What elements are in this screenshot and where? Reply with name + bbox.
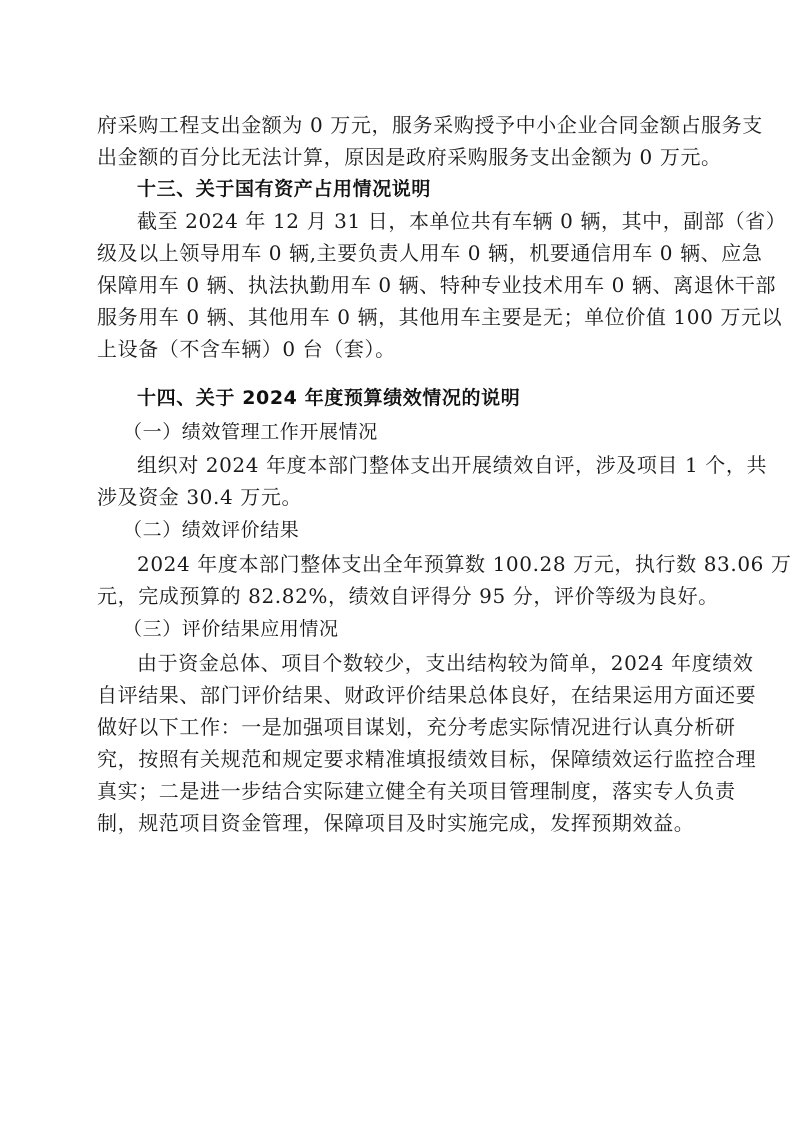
body-text-line: 涉及资金 30.4 万元。 xyxy=(97,485,698,509)
body-text-line: 做好以下工作：一是加强项目谋划，充分考虑实际情况进行认真分析研 xyxy=(97,715,698,739)
body-text-line: 府采购工程支出金额为 0 万元，服务采购授予中小企业合同金额占服务支 xyxy=(97,113,698,137)
body-text-line: 2024 年度本部门整体支出全年预算数 100.28 万元，执行数 83.06 … xyxy=(137,552,698,576)
body-text-line: 组织对 2024 年度本部门整体支出开展绩效自评，涉及项目 1 个，共 xyxy=(137,453,698,477)
body-text-line: 保障用车 0 辆、执法执勤用车 0 辆、特种专业技术用车 0 辆、离退休干部 xyxy=(97,273,698,297)
body-text-line: 真实；二是进一步结合实际建立健全有关项目管理制度，落实专人负责 xyxy=(97,779,698,803)
body-text-line: 究，按照有关规范和规定要求精准填报绩效目标，保障绩效运行监控合理 xyxy=(97,747,698,771)
subsection-heading-1: （一）绩效管理工作开展情况 xyxy=(123,420,378,444)
body-text-line: 级及以上领导用车 0 辆,主要负责人用车 0 辆，机要通信用车 0 辆、应急 xyxy=(97,241,698,265)
body-text-line: 由于资金总体、项目个数较少，支出结构较为简单，2024 年度绩效 xyxy=(137,651,698,675)
section-heading-13: 十三、关于国有资产占用情况说明 xyxy=(137,177,431,201)
body-text-line: 上设备（不含车辆）0 台（套）。 xyxy=(97,337,698,361)
body-text-line: 制，规范项目资金管理，保障项目及时实施完成，发挥预期效益。 xyxy=(97,811,698,835)
body-text-line: 服务用车 0 辆、其他用车 0 辆，其他用车主要是无；单位价值 100 万元以 xyxy=(97,305,698,329)
document-page: 府采购工程支出金额为 0 万元，服务采购授予中小企业合同金额占服务支 出金额的百… xyxy=(0,0,793,1122)
section-heading-14: 十四、关于 2024 年度预算绩效情况的说明 xyxy=(137,386,520,410)
body-text-line: 截至 2024 年 12 月 31 日，本单位共有车辆 0 辆，其中，副部（省） xyxy=(137,209,698,233)
body-text-line: 自评结果、部门评价结果、财政评价结果总体良好，在结果运用方面还要 xyxy=(97,683,698,707)
subsection-heading-3: （三）评价结果应用情况 xyxy=(123,617,339,641)
body-text-line: 出金额的百分比无法计算，原因是政府采购服务支出金额为 0 万元。 xyxy=(97,145,698,169)
body-text-line: 元，完成预算的 82.82%，绩效自评得分 95 分，评价等级为良好。 xyxy=(97,584,698,608)
subsection-heading-2: （二）绩效评价结果 xyxy=(123,518,299,542)
